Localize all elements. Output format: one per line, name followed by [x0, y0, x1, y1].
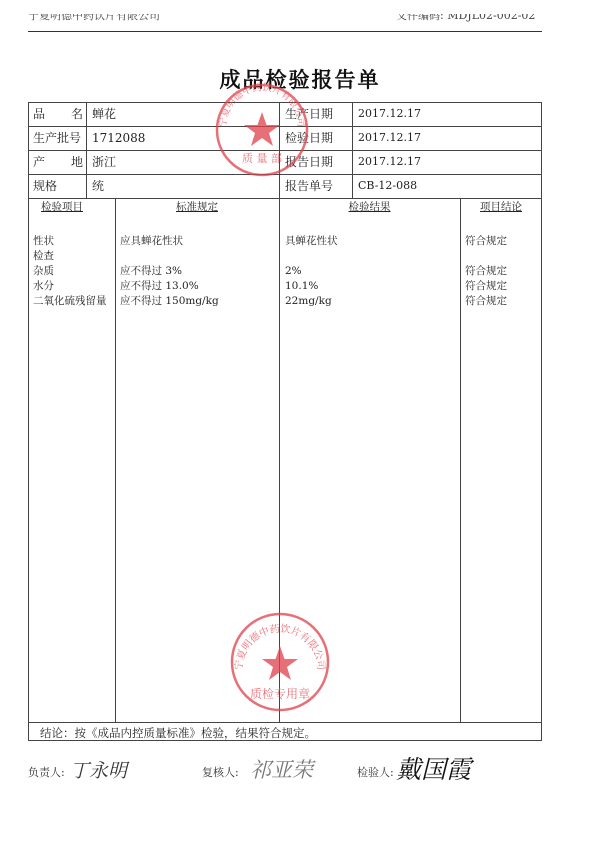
- col-header-standard: 标准规定: [115, 201, 279, 213]
- report-date-value: 2017.12.17: [358, 150, 421, 174]
- row-standard: 应不得过 13.0%: [120, 279, 199, 294]
- spec-value: 统: [92, 174, 104, 198]
- col-header-result: 检验结果: [279, 201, 460, 213]
- test-date-label: 检验日期: [285, 126, 333, 150]
- reviewer-label: 复核人:: [202, 764, 239, 780]
- report-no-label: 报告单号: [285, 174, 333, 198]
- col-header-conclusion: 项目结论: [460, 201, 542, 213]
- row-standard: 应不得过 150mg/kg: [120, 294, 219, 309]
- product-name-label: 品名: [33, 102, 83, 126]
- reviewer-signature: 祁亚荣: [250, 754, 313, 784]
- test-date-value: 2017.12.17: [358, 126, 421, 150]
- row-item: 性状: [33, 234, 54, 249]
- row-result: 22mg/kg: [285, 294, 332, 309]
- conclusion-text: 结论：按《成品内控质量标准》检验，结果符合规定。: [40, 725, 316, 741]
- row-result: 具蝉花性状: [285, 234, 338, 249]
- divider: [28, 198, 542, 199]
- row-conclusion: 符合规定: [465, 279, 507, 294]
- row-item: 二氧化硫残留量: [33, 294, 107, 309]
- row-conclusion: 符合规定: [465, 264, 507, 279]
- report-date-label: 报告日期: [285, 150, 333, 174]
- spec-label: 规格: [33, 174, 57, 198]
- responsible-label: 负责人:: [28, 764, 65, 780]
- prod-date-label: 生产日期: [285, 102, 333, 126]
- col-header-item: 检验项目: [28, 201, 96, 213]
- product-name-value: 蝉花: [92, 102, 116, 126]
- divider: [352, 102, 353, 198]
- header-divider: [28, 31, 542, 32]
- report-no-value: CB-12-088: [358, 174, 417, 198]
- prod-date-value: 2017.12.17: [358, 102, 421, 126]
- inspector-label: 检验人:: [357, 764, 394, 780]
- inspector-signature: 戴国霞: [396, 750, 471, 786]
- page-title: 成品检验报告单: [0, 64, 600, 94]
- row-item: 水分: [33, 279, 54, 294]
- batch-value: 1712088: [92, 126, 145, 150]
- divider: [115, 198, 116, 722]
- responsible-signature: 丁永明: [70, 756, 127, 783]
- doc-code: 文件编码: MDJL02-002-02: [396, 14, 535, 22]
- row-result: 2%: [285, 264, 302, 279]
- origin-label: 产地: [33, 150, 83, 174]
- divider: [86, 102, 87, 198]
- row-standard: 应具蝉花性状: [120, 234, 183, 249]
- divider: [460, 198, 461, 722]
- divider: [279, 198, 280, 722]
- divider: [279, 102, 280, 198]
- company-header: 宁夏明德中药饮片有限公司: [28, 14, 160, 22]
- row-result: 10.1%: [285, 279, 318, 294]
- row-standard: 应不得过 3%: [120, 264, 182, 279]
- origin-value: 浙江: [92, 150, 116, 174]
- row-item: 检查: [33, 249, 54, 264]
- row-conclusion: 符合规定: [465, 294, 507, 309]
- row-conclusion: 符合规定: [465, 234, 507, 249]
- divider: [28, 722, 542, 723]
- batch-label: 生产批号: [33, 126, 81, 150]
- row-item: 杂质: [33, 264, 54, 279]
